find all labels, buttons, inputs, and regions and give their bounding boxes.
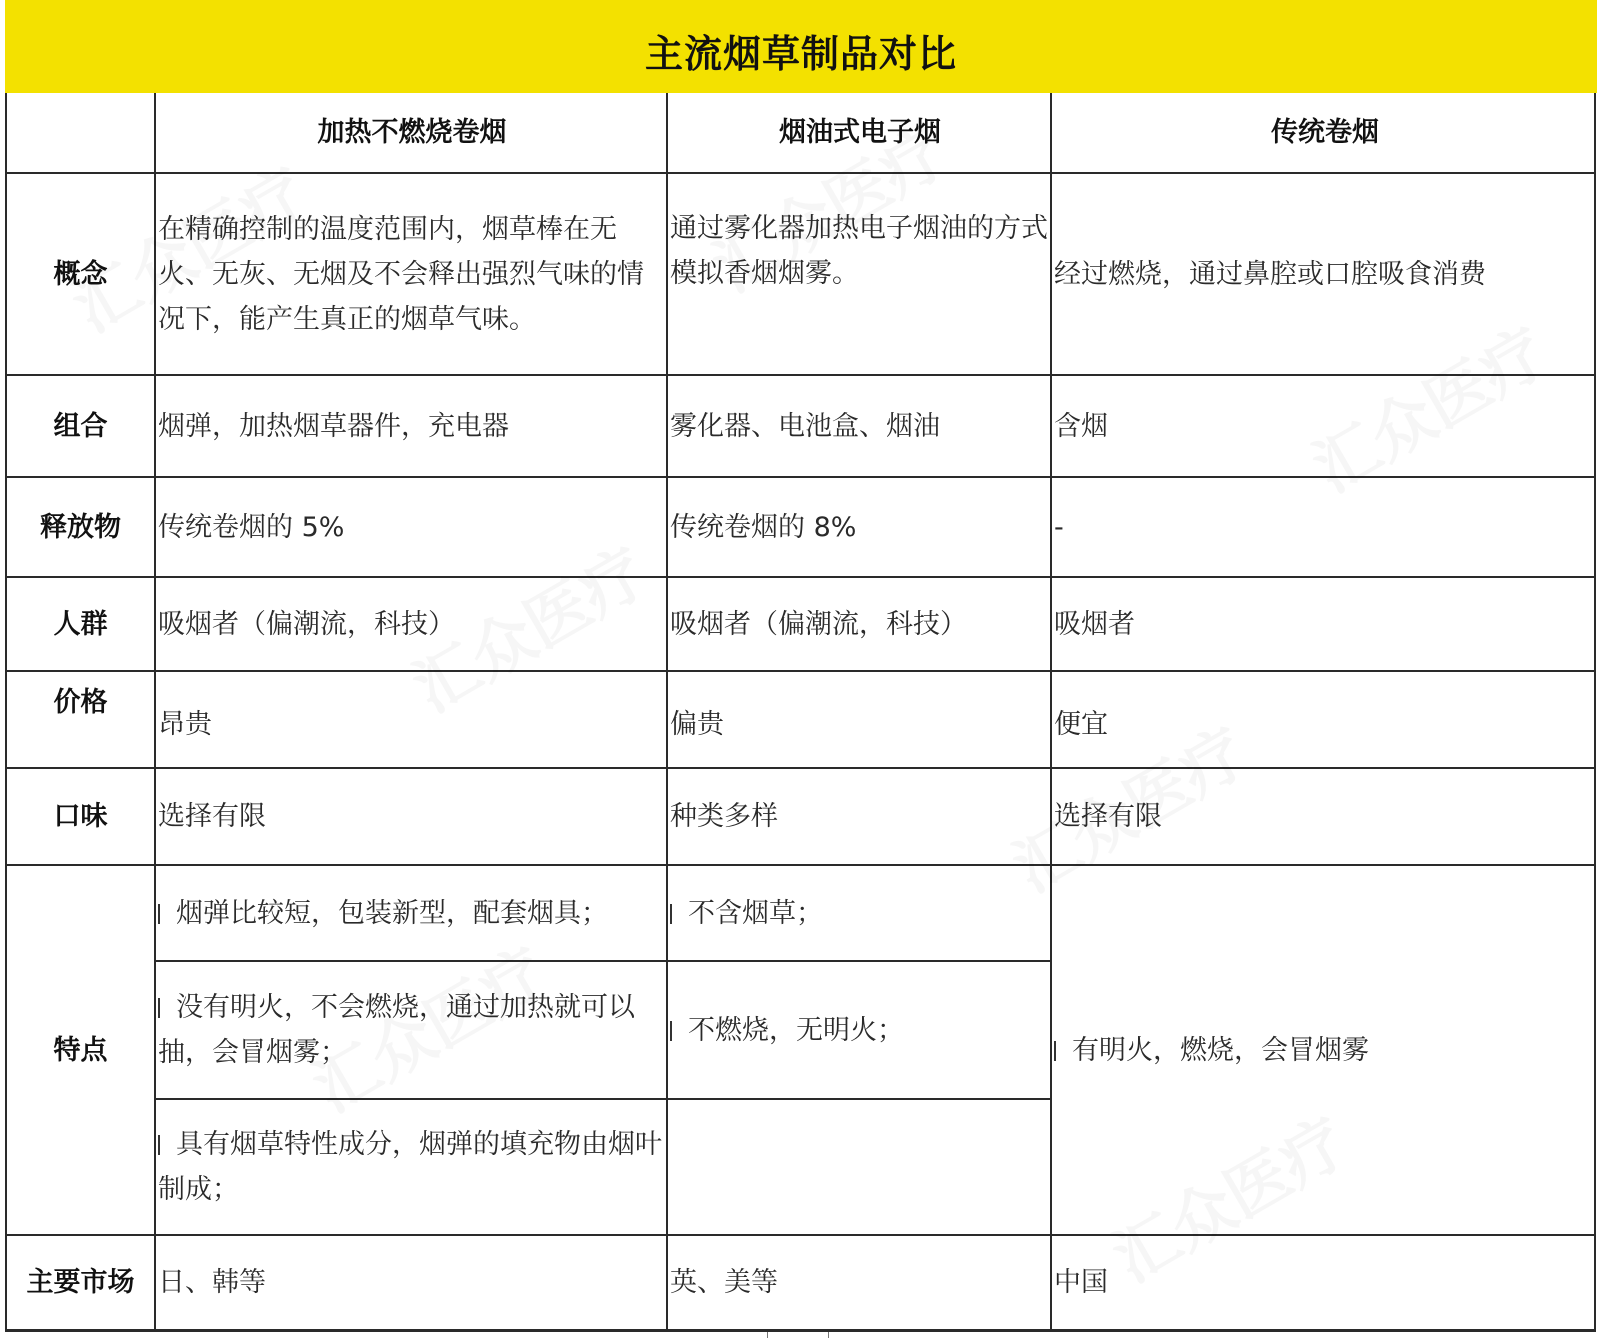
bullet-icon <box>158 1135 160 1155</box>
feature-text: 具有烟草特性成分，烟弹的填充物由烟叶制成； <box>158 1129 662 1205</box>
cell-flavor-traditional: 选择有限 <box>1052 769 1596 866</box>
comparison-table: 加热不燃烧卷烟 烟油式电子烟 传统卷烟 概念 在精确控制的温度范围内，烟草棒在无… <box>5 93 1596 1332</box>
cell-text: 中国 <box>1054 1260 1108 1305</box>
cell-text: 具有烟草特性成分，烟弹的填充物由烟叶制成； <box>158 1122 666 1212</box>
bullet-icon <box>670 904 672 924</box>
cell-combination-ecig: 雾化器、电池盒、烟油 <box>668 376 1052 478</box>
page-title: 主流烟草制品对比 <box>645 23 957 78</box>
cell-audience-heated: 吸烟者（偏潮流，科技） <box>156 578 668 672</box>
row-header-price: 价格 <box>7 672 156 769</box>
cell-features-heated-1: 烟弹比较短，包装新型，配套烟具； <box>156 866 668 962</box>
cell-text: 有明火，燃烧，会冒烟雾 <box>1054 1028 1369 1073</box>
row-header-concept: 概念 <box>7 174 156 376</box>
cell-text: 通过雾化器加热电子烟油的方式模拟香烟烟雾。 <box>670 206 1050 296</box>
cell-combination-heated: 烟弹，加热烟草器件，充电器 <box>156 376 668 478</box>
row-header-market: 主要市场 <box>7 1236 156 1329</box>
row-header-combination: 组合 <box>7 376 156 478</box>
cell-text: 便宜 <box>1054 702 1108 747</box>
bottom-tick-mark <box>767 1332 768 1338</box>
cell-text: 吸烟者（偏潮流，科技） <box>670 602 967 647</box>
cell-price-heated: 昂贵 <box>156 672 668 769</box>
feature-text: 有明火，燃烧，会冒烟雾 <box>1072 1035 1369 1066</box>
row-header-audience: 人群 <box>7 578 156 672</box>
cell-text: 烟弹，加热烟草器件，充电器 <box>158 404 509 449</box>
cell-flavor-ecig: 种类多样 <box>668 769 1052 866</box>
title-banner: 主流烟草制品对比 <box>5 0 1597 93</box>
cell-features-heated-3: 具有烟草特性成分，烟弹的填充物由烟叶制成； <box>156 1100 668 1236</box>
cell-market-heated: 日、韩等 <box>156 1236 668 1329</box>
row-header-emissions: 释放物 <box>7 478 156 578</box>
column-header-label: 加热不燃烧卷烟 <box>318 110 507 155</box>
row-header-label: 概念 <box>54 252 108 297</box>
row-header-label: 释放物 <box>40 505 121 550</box>
bullet-icon <box>158 998 160 1018</box>
row-header-label: 口味 <box>54 794 108 839</box>
corner-cell <box>7 93 156 174</box>
row-header-label: 特点 <box>54 1028 108 1073</box>
row-header-flavor: 口味 <box>7 769 156 866</box>
cell-price-ecig: 偏贵 <box>668 672 1052 769</box>
cell-text: 选择有限 <box>158 794 266 839</box>
column-header-label: 烟油式电子烟 <box>779 110 941 155</box>
cell-audience-traditional: 吸烟者 <box>1052 578 1596 672</box>
cell-text: 英、美等 <box>670 1260 778 1305</box>
cell-text: 不含烟草； <box>670 891 823 936</box>
column-header-label: 传统卷烟 <box>1271 110 1379 155</box>
cell-text: 没有明火，不会燃烧，通过加热就可以抽，会冒烟雾； <box>158 985 666 1075</box>
cell-features-ecig-2: 不燃烧，无明火； <box>668 962 1052 1100</box>
cell-audience-ecig: 吸烟者（偏潮流，科技） <box>668 578 1052 672</box>
cell-text: 偏贵 <box>670 702 724 747</box>
cell-text: 烟弹比较短，包装新型，配套烟具； <box>158 891 608 936</box>
cell-emissions-traditional: - <box>1052 478 1596 578</box>
cell-text: 在精确控制的温度范围内，烟草棒在无火、无灰、无烟及不会释出强烈气味的情况下，能产… <box>158 207 666 342</box>
feature-text: 没有明火，不会燃烧，通过加热就可以抽，会冒烟雾； <box>158 992 635 1068</box>
column-header-traditional-cigarette: 传统卷烟 <box>1052 93 1596 174</box>
cell-combination-traditional: 含烟 <box>1052 376 1596 478</box>
cell-features-ecig-1: 不含烟草； <box>668 866 1052 962</box>
bullet-icon <box>158 904 160 924</box>
bullet-icon <box>670 1021 672 1041</box>
cell-concept-ecig: 通过雾化器加热电子烟油的方式模拟香烟烟雾。 <box>668 174 1052 376</box>
cell-features-heated-2: 没有明火，不会燃烧，通过加热就可以抽，会冒烟雾； <box>156 962 668 1100</box>
cell-text: 雾化器、电池盒、烟油 <box>670 404 940 449</box>
row-header-label: 价格 <box>54 680 108 725</box>
row-header-label: 组合 <box>54 404 108 449</box>
cell-text: 昂贵 <box>158 702 212 747</box>
cell-concept-heated: 在精确控制的温度范围内，烟草棒在无火、无灰、无烟及不会释出强烈气味的情况下，能产… <box>156 174 668 376</box>
cell-text: 吸烟者 <box>1054 602 1135 647</box>
cell-concept-traditional: 经过燃烧，通过鼻腔或口腔吸食消费 <box>1052 174 1596 376</box>
bullet-icon <box>1054 1041 1056 1061</box>
cell-emissions-heated: 传统卷烟的 5% <box>156 478 668 578</box>
column-header-heated-tobacco: 加热不燃烧卷烟 <box>156 93 668 174</box>
row-header-label: 主要市场 <box>27 1260 135 1305</box>
feature-text: 不含烟草； <box>688 898 823 929</box>
cell-market-ecig: 英、美等 <box>668 1236 1052 1329</box>
row-header-features: 特点 <box>7 866 156 1236</box>
cell-text: 含烟 <box>1054 404 1108 449</box>
cell-features-traditional: 有明火，燃烧，会冒烟雾 <box>1052 866 1596 1236</box>
cell-text: 吸烟者（偏潮流，科技） <box>158 602 455 647</box>
cell-text: 日、韩等 <box>158 1260 266 1305</box>
cell-features-ecig-3-empty <box>668 1100 1052 1236</box>
row-header-label: 人群 <box>54 602 108 647</box>
cell-text: 经过燃烧，通过鼻腔或口腔吸食消费 <box>1054 252 1486 297</box>
cell-text: 传统卷烟的 8% <box>670 505 856 550</box>
cell-text: 种类多样 <box>670 794 778 839</box>
cell-price-traditional: 便宜 <box>1052 672 1596 769</box>
bottom-tick-mark <box>828 1332 829 1338</box>
cell-text: 选择有限 <box>1054 794 1162 839</box>
feature-text: 不燃烧，无明火； <box>688 1015 904 1046</box>
cell-text: 传统卷烟的 5% <box>158 505 344 550</box>
cell-market-traditional: 中国 <box>1052 1236 1596 1329</box>
cell-text: 不燃烧，无明火； <box>670 1008 904 1053</box>
column-header-e-cigarette: 烟油式电子烟 <box>668 93 1052 174</box>
cell-emissions-ecig: 传统卷烟的 8% <box>668 478 1052 578</box>
cell-text: - <box>1054 505 1064 550</box>
cell-flavor-heated: 选择有限 <box>156 769 668 866</box>
feature-text: 烟弹比较短，包装新型，配套烟具； <box>176 898 608 929</box>
